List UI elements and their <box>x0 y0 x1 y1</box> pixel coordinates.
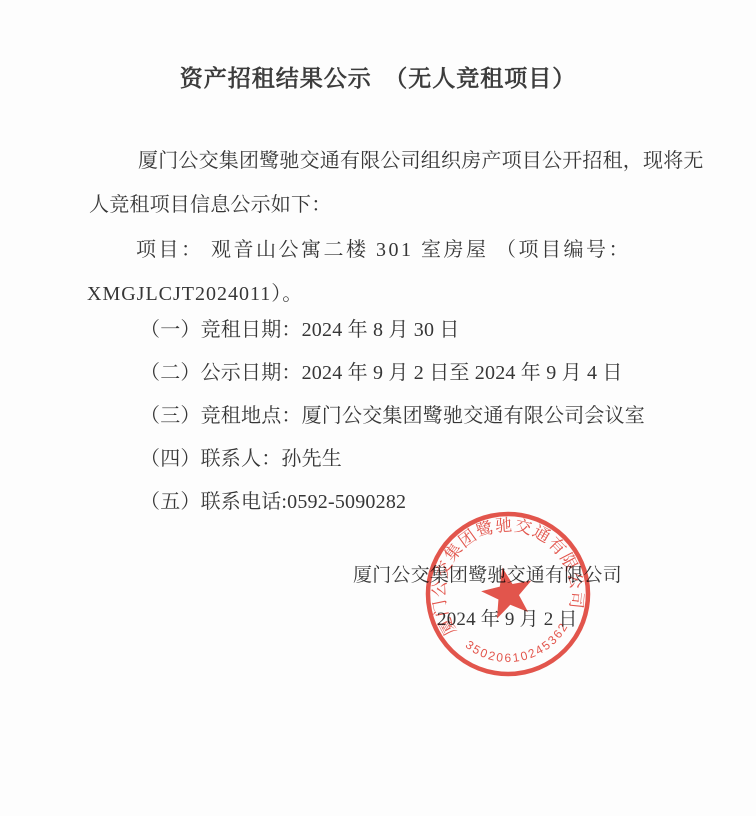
list-item-contact-phone: （五）联系电话:0592-5090282 <box>140 488 406 516</box>
project-line-1: 项目： 观音山公寓二楼 301 室房屋 （项目编号： <box>136 236 631 264</box>
list-item-contact-person: （四）联系人：孙先生 <box>140 445 342 473</box>
document-page: 资产招租结果公示 （无人竞租项目） 厦门公交集团鹭驰交通有限公司组织房产项目公开… <box>0 0 756 816</box>
list-item-bid-date: （一）竞租日期：2024 年 8 月 30 日 <box>140 316 460 344</box>
list-item-bid-location: （三）竞租地点：厦门公交集团鹭驰交通有限公司会议室 <box>140 402 645 430</box>
list-item-publicity-date: （二）公示日期：2024 年 9 月 2 日至 2024 年 9 月 4 日 <box>140 359 623 387</box>
company-seal: 厦门公交集团鹭驰交通有限公司 35020610245362 <box>387 473 629 715</box>
project-line-2: XMGJLCJT2024011）。 <box>87 280 303 308</box>
intro-paragraph-line-2: 人竞租项目信息公示如下： <box>89 191 331 219</box>
seal-star-icon <box>477 562 537 620</box>
intro-paragraph-line-1: 厦门公交集团鹭驰交通有限公司组织房产项目公开招租，现将无 <box>138 147 704 175</box>
document-title: 资产招租结果公示 （无人竞租项目） <box>0 60 756 93</box>
